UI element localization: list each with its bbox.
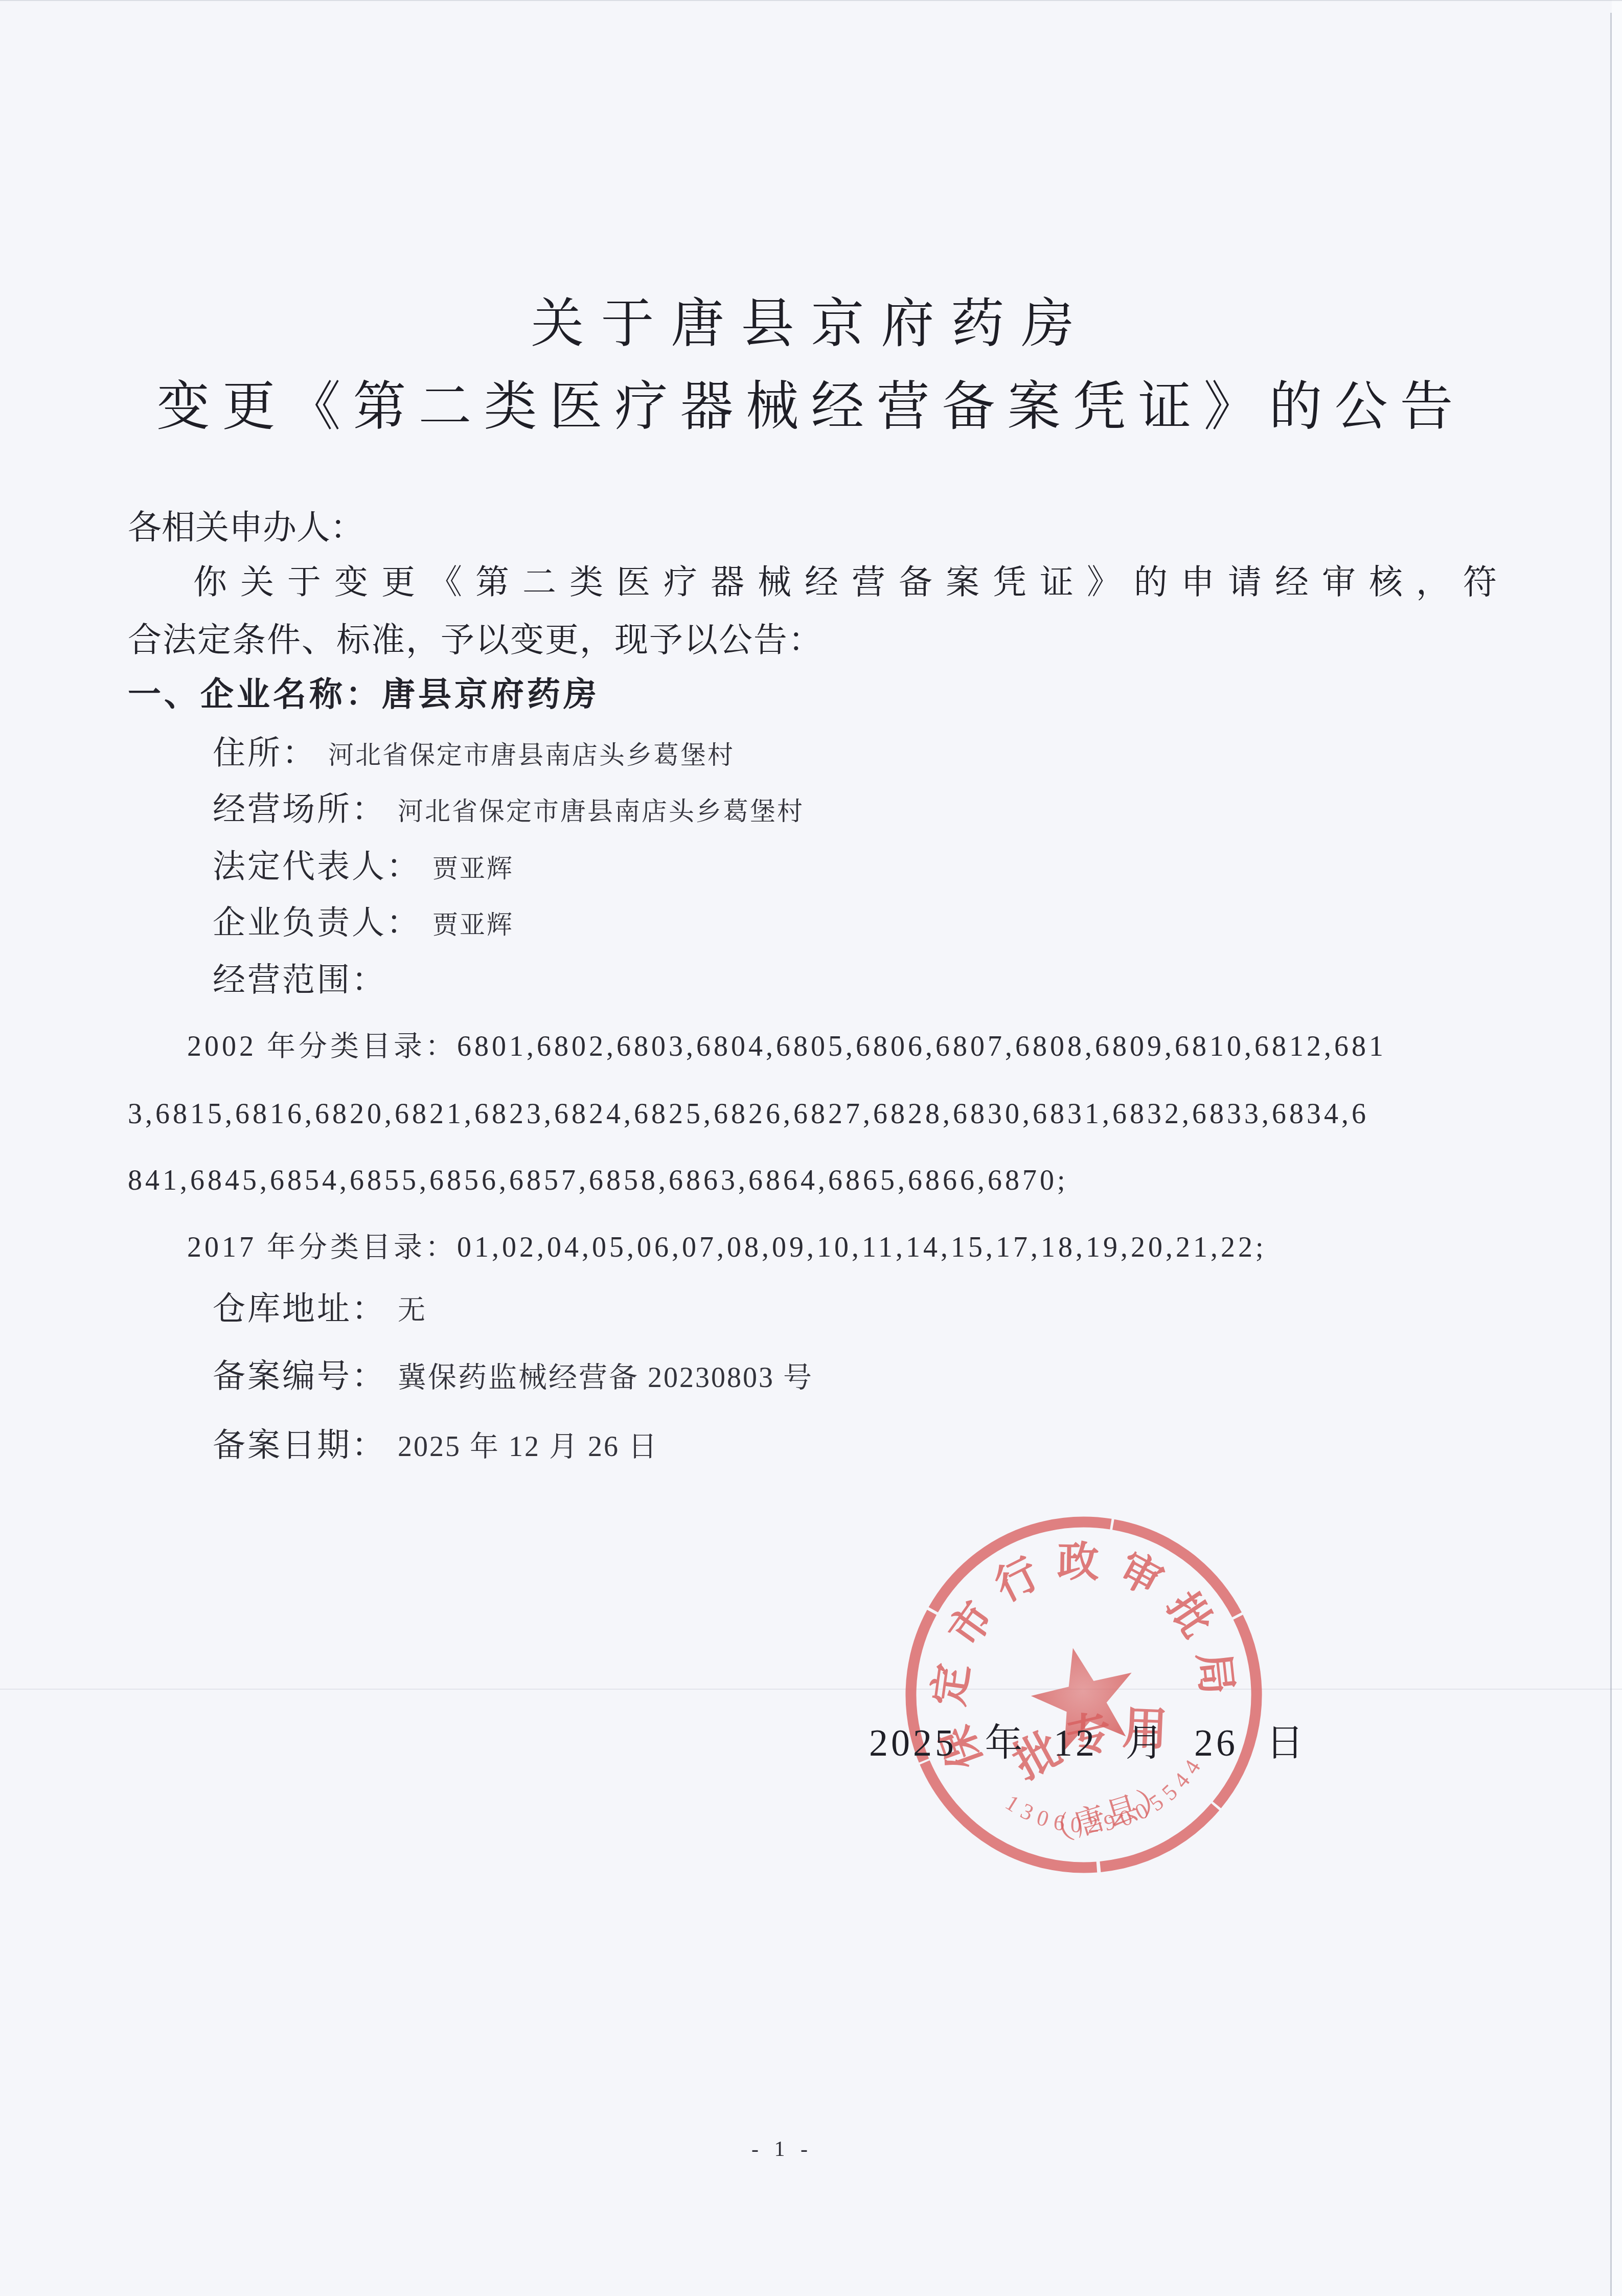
warehouse-value: 无 [398, 1294, 427, 1326]
page-number: - 1 - [705, 2137, 859, 2162]
catalog-2002-line2: 3,6815,6816,6820,6821,6823,6824,6825,682… [128, 1098, 1369, 1130]
official-seal: 保定市行政审批局 审批专用章 （唐县） 1306029005544 [900, 1511, 1268, 1879]
scan-right-edge-line [1610, 13, 1612, 2296]
record-number-value: 冀保药监械经营备 20230803 号 [398, 1361, 813, 1394]
scan-artifact-line [0, 1689, 1622, 1690]
document-title-line2: 变更《第二类医疗器械经营备案凭证》的公告 [0, 377, 1622, 438]
scanned-announcement-page: 关于唐县京府药房 变更《第二类医疗器械经营备案凭证》的公告 各相关申办人： 你关… [0, 0, 1622, 2296]
warehouse-label: 仓库地址： [213, 1290, 386, 1328]
address-label: 住所： [213, 734, 317, 772]
field-address: 住所： 河北省保定市唐县南店头乡葛堡村 [213, 734, 735, 772]
legal-representative-value: 贾亚辉 [432, 854, 514, 884]
address-value: 河北省保定市唐县南店头乡葛堡村 [328, 741, 735, 770]
field-legal-representative: 法定代表人： 贾亚辉 [213, 848, 514, 885]
catalog-2002-line1: 2002 年分类目录：6801,6802,6803,6804,6805,6806… [187, 1030, 1386, 1063]
field-premises: 经营场所： 河北省保定市唐县南店头乡葛堡村 [213, 790, 804, 828]
field-record-date: 备案日期： 2025 年 12 月 26 日 [213, 1426, 658, 1464]
person-in-charge-label: 企业负责人： [213, 904, 421, 942]
record-number-label: 备案编号： [213, 1357, 386, 1395]
record-date-label: 备案日期： [213, 1426, 386, 1464]
field-business-scope: 经营范围： [213, 961, 386, 999]
salutation: 各相关申办人： [128, 509, 364, 548]
paragraph-line1: 你关于变更《第二类医疗器械经营备案凭证》的申请经审核，符 [193, 563, 1510, 602]
scan-top-line [0, 0, 1622, 1]
premises-label: 经营场所： [213, 790, 386, 828]
paragraph-line2: 合法定条件、标准，予以变更，现予以公告： [128, 621, 823, 660]
enterprise-name-heading: 一、企业名称：唐县京府药房 [128, 676, 600, 714]
field-person-in-charge: 企业负责人： 贾亚辉 [213, 904, 514, 942]
legal-representative-label: 法定代表人： [213, 848, 421, 885]
official-seal-graphic: 保定市行政审批局 审批专用章 （唐县） 1306029005544 [900, 1511, 1268, 1879]
premises-value: 河北省保定市唐县南店头乡葛堡村 [398, 797, 804, 827]
field-record-number: 备案编号： 冀保药监械经营备 20230803 号 [213, 1357, 813, 1395]
document-title-line1: 关于唐县京府药房 [0, 294, 1622, 355]
catalog-2002-line3: 841,6845,6854,6855,6856,6857,6858,6863,6… [128, 1164, 1068, 1197]
catalog-2017-line: 2017 年分类目录：01,02,04,05,06,07,08,09,10,11… [187, 1231, 1266, 1264]
field-warehouse: 仓库地址： 无 [213, 1290, 427, 1328]
record-date-value: 2025 年 12 月 26 日 [398, 1430, 658, 1463]
issue-date: 2025 年 12 月 26 日 [869, 1722, 1307, 1765]
business-scope-label: 经营范围： [213, 961, 386, 999]
person-in-charge-value: 贾亚辉 [432, 911, 514, 940]
